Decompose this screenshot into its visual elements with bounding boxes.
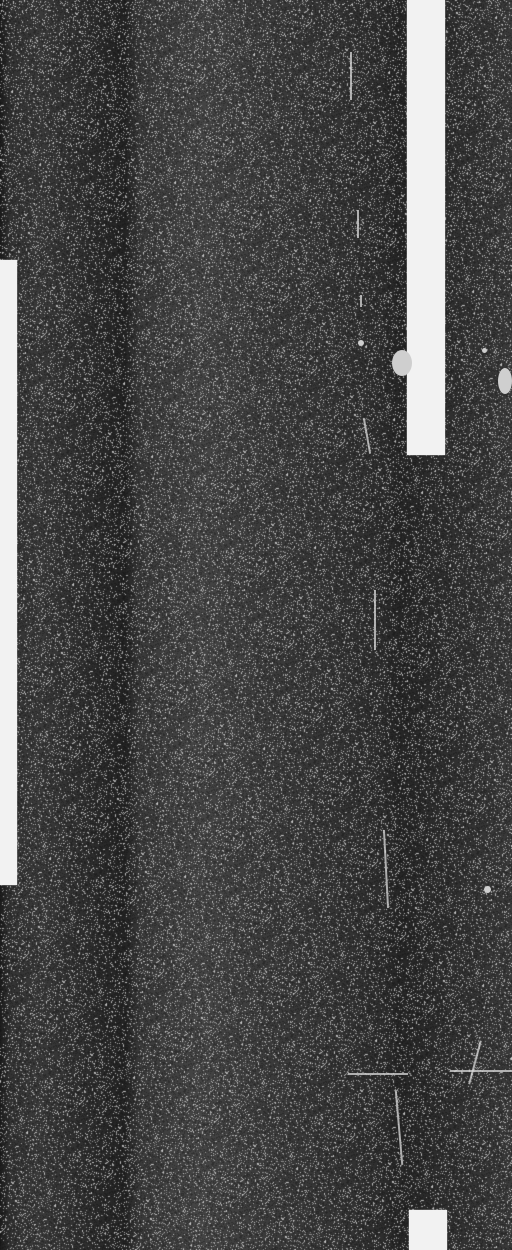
tire-scratch — [350, 52, 352, 100]
road-crack — [450, 1070, 512, 1072]
tire-scratch — [357, 210, 359, 238]
paint-spot — [484, 886, 491, 893]
right-lane-dash-lower — [409, 1210, 447, 1250]
paint-spot — [392, 350, 412, 376]
paint-spot — [482, 348, 487, 353]
paint-spot — [498, 368, 512, 394]
tire-scratch — [374, 590, 376, 650]
tire-scratch — [360, 295, 362, 307]
right-lane-dash-upper — [407, 0, 445, 455]
road-crack — [348, 1073, 408, 1075]
paint-spot — [358, 340, 364, 346]
left-edge-line — [0, 260, 17, 885]
